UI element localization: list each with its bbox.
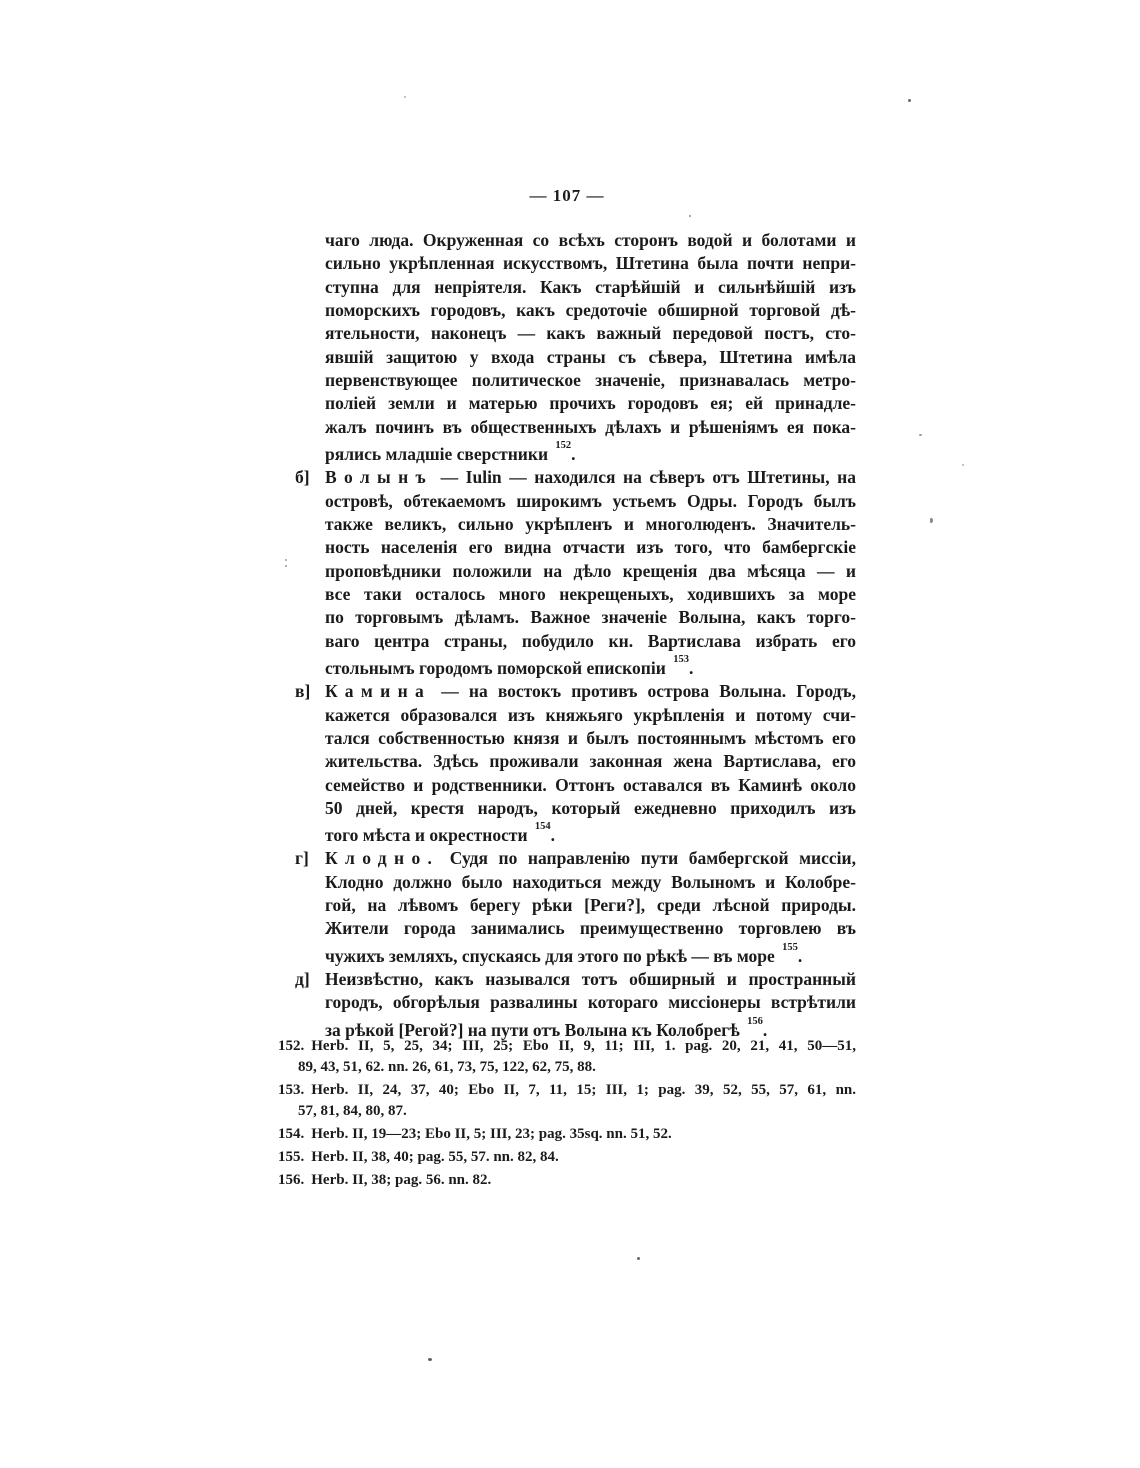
text-line: чаго люда. Окруженная со всѣхъ сторонъ в… <box>325 229 856 252</box>
scan-speck <box>404 96 406 98</box>
text-line: тался собственностью князя и былъ постоя… <box>325 727 856 750</box>
text-line: ваго центра страны, побудило кн. Вартисл… <box>325 630 856 653</box>
text-line: городъ, обгорѣлыя развалины котораго мис… <box>325 991 856 1014</box>
text-line: также великъ, сильно укрѣпленъ и многолю… <box>325 513 856 536</box>
item-body: Неизвѣстно, какъ назывался тотъ обширный… <box>325 968 856 1042</box>
scan-speck <box>919 434 922 436</box>
text-line: 156.Herb. II, 38; pag. 56. nn. 82. <box>278 1170 856 1191</box>
scan-speck <box>689 215 691 217</box>
footnote-ref: 153 <box>673 654 689 665</box>
list-item: д] Неизвѣстно, какъ назывался тотъ обшир… <box>325 968 856 1042</box>
text-line: островѣ, обтекаемомъ широкимъ устьемъ Од… <box>325 490 856 513</box>
footnote-ref: 156 <box>747 1016 763 1027</box>
footnote: 156.Herb. II, 38; pag. 56. nn. 82. <box>278 1170 856 1191</box>
text-line: 153.Herb. II, 24, 37, 40; Ebo II, 7, 11,… <box>278 1080 856 1101</box>
scan-speck <box>908 99 911 102</box>
footnote-number: 156. <box>278 1172 304 1188</box>
footnote-ref: 155 <box>782 942 798 953</box>
footnote: 155.Herb. II, 38, 40; pag. 55, 57. nn. 8… <box>278 1147 856 1168</box>
scan-speck <box>930 518 933 523</box>
text-line: стольнымъ городомъ поморской епископіи 1… <box>325 653 856 680</box>
text-line: рялись младшіе сверстники 152. <box>325 439 856 466</box>
item-keyword: Камина <box>325 681 431 701</box>
item-body: Клодно. Судя по направленію пути бамберг… <box>325 847 856 968</box>
text-line: того мѣста и окрестности 154. <box>325 820 856 847</box>
text-line: поліей земли и матерью прочихъ городовъ … <box>325 392 856 415</box>
footnote-number: 154. <box>278 1126 304 1142</box>
text-line: семейство и родственники. Оттонъ оставал… <box>325 774 856 797</box>
intro-paragraph: чаго люда. Окруженная со всѣхъ сторонъ в… <box>325 229 856 466</box>
text-line: поморскихъ городовъ, какъ средоточіе обш… <box>325 299 856 322</box>
text-line: 152.Herb. II, 5, 25, 34; III, 25; Ebo II… <box>278 1036 856 1057</box>
text-column: чаго люда. Окруженная со всѣхъ сторонъ в… <box>325 229 856 1042</box>
text-line: все таки осталось много некрещеныхъ, ход… <box>325 583 856 606</box>
text-line: первенствующее политическое значеніе, пр… <box>325 369 856 392</box>
item-label: б] <box>295 466 310 489</box>
item-keyword: Клодно. <box>325 848 439 868</box>
scan-speck <box>962 464 964 466</box>
scan-speck <box>285 559 287 561</box>
text-line: Камина — на востокъ противъ острова Волы… <box>325 680 856 703</box>
footnote: 153.Herb. II, 24, 37, 40; Ebo II, 7, 11,… <box>278 1080 856 1122</box>
text-line: по торговымъ дѣламъ. Важное значеніе Вол… <box>325 606 856 629</box>
text-line: явшій защитою у входа страны съ сѣвера, … <box>325 346 856 369</box>
text-line: ятельности, наконецъ — какъ важный перед… <box>325 322 856 345</box>
item-label: в] <box>295 680 310 703</box>
footnote-number: 152. <box>278 1038 304 1054</box>
text-line: 155.Herb. II, 38, 40; pag. 55, 57. nn. 8… <box>278 1147 856 1168</box>
footnote-ref: 152 <box>555 440 571 451</box>
footnotes-block: 152.Herb. II, 5, 25, 34; III, 25; Ebo II… <box>278 1036 856 1193</box>
footnote: 152.Herb. II, 5, 25, 34; III, 25; Ebo II… <box>278 1036 856 1078</box>
item-label: д] <box>295 968 310 991</box>
text-line: гой, на лѣвомъ берегу рѣки [Реги?], сред… <box>325 894 856 917</box>
text-line: жалъ починъ въ общественныхъ дѣлахъ и рѣ… <box>325 416 856 439</box>
text-line: Неизвѣстно, какъ назывался тотъ обширный… <box>325 968 856 991</box>
text-line: сильно укрѣпленная искусствомъ, Штетина … <box>325 252 856 275</box>
text-line: проповѣдники положили на дѣло крещенія д… <box>325 560 856 583</box>
text-line: Волынъ — Iulin — находился на сѣверъ отъ… <box>325 466 856 489</box>
text-line: 89, 43, 51, 62. nn. 26, 61, 73, 75, 122,… <box>278 1057 856 1078</box>
text-line: 57, 81, 84, 80, 87. <box>278 1101 856 1122</box>
list-item: г] Клодно. Судя по направленію пути бамб… <box>325 847 856 968</box>
scan-speck <box>428 1358 432 1361</box>
text-line: жительства. Здѣсь проживали законная жен… <box>325 750 856 773</box>
item-keyword: Волынъ <box>325 467 433 487</box>
text-line: ность населенія его видна отчасти изъ то… <box>325 536 856 559</box>
text-line: Клодно. Судя по направленію пути бамберг… <box>325 847 856 870</box>
text-line: Клодно должно было находиться между Волы… <box>325 871 856 894</box>
page-number: — 107 — <box>278 186 856 206</box>
item-body: Волынъ — Iulin — находился на сѣверъ отъ… <box>325 466 856 680</box>
list-item: в] Камина — на востокъ противъ острова В… <box>325 680 856 847</box>
text-line: чужихъ земляхъ, спускаясь для этого по р… <box>325 941 856 968</box>
text-line: 50 дней, крестя народъ, который ежедневн… <box>325 797 856 820</box>
footnote-number: 153. <box>278 1082 304 1098</box>
list-item: б] Волынъ — Iulin — находился на сѣверъ … <box>325 466 856 680</box>
footnote-number: 155. <box>278 1149 304 1165</box>
text-line: 154.Herb. II, 19—23; Ebo II, 5; III, 23;… <box>278 1124 856 1145</box>
footnote-ref: 154 <box>535 821 551 832</box>
text-line: ступна для непріятеля. Какъ старѣйшій и … <box>325 276 856 299</box>
footnote: 154.Herb. II, 19—23; Ebo II, 5; III, 23;… <box>278 1124 856 1145</box>
text-line: Жители города занимались преимущественно… <box>325 917 856 940</box>
scan-speck <box>285 565 287 567</box>
scan-speck <box>637 1257 640 1260</box>
text-line: кажется образовался изъ княжьяго укрѣпле… <box>325 704 856 727</box>
item-body: Камина — на востокъ противъ острова Волы… <box>325 680 856 847</box>
item-label: г] <box>295 847 309 870</box>
